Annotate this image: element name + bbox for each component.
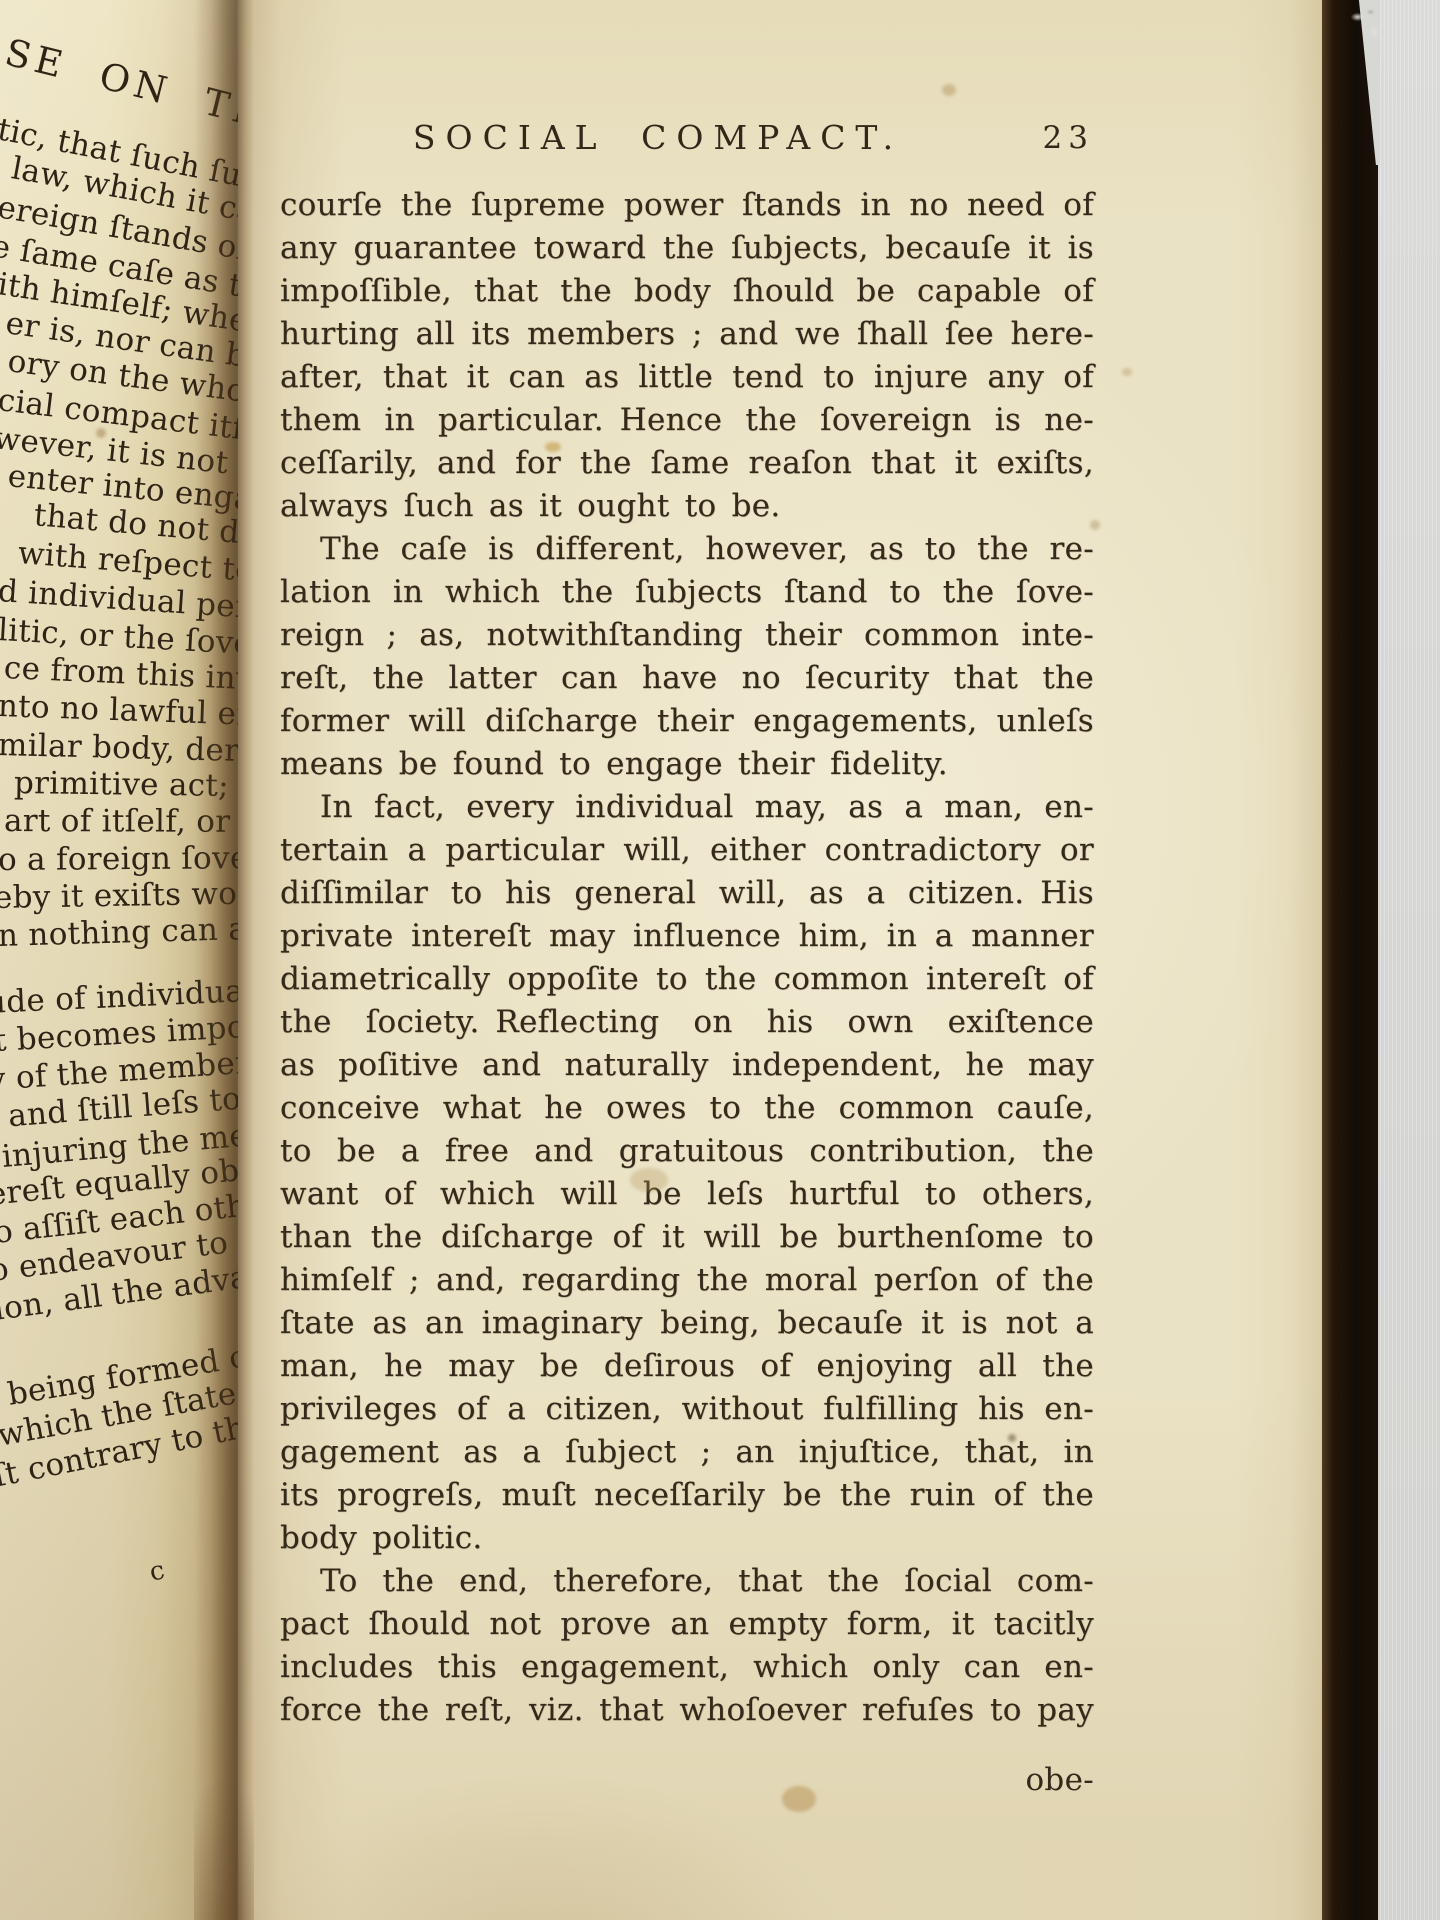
body-text-line: conceive what he owes to the common cauſ… [280, 1087, 1094, 1130]
stain [942, 84, 956, 96]
right-page-header: SOCIAL COMPACT. 23 [280, 118, 1094, 166]
body-text-line: force the reſt, viz. that whoſoever refu… [280, 1689, 1094, 1732]
body-text-line: privileges of a citizen, without fulfill… [280, 1388, 1094, 1431]
body-text-line: impoſſible, that the body ſhould be capa… [280, 270, 1094, 313]
right-page-running-title: SOCIAL COMPACT. [280, 118, 1094, 157]
left-page-text: tic, that ſuch ſuplaw, which it caereign… [0, 0, 238, 1920]
body-text-line: lation in which the ſubjects ſtand to th… [280, 571, 1094, 614]
body-text-line: tertain a particular will, either contra… [280, 829, 1094, 872]
left-page-text-line: art of itſelf, or of [4, 804, 238, 839]
body-text-line: diſſimilar to his general will, as a cit… [280, 872, 1094, 915]
body-text-line: body politic. [280, 1517, 1094, 1560]
body-text-line: always ſuch as it ought to be. [280, 485, 1094, 528]
body-text-line: want of which will be leſs hurtful to ot… [280, 1173, 1094, 1216]
right-page: SOCIAL COMPACT. 23 courſe the ſupreme po… [238, 0, 1322, 1920]
body-text-line: ſtate as an imaginary being, becauſe it … [280, 1302, 1094, 1345]
left-page-text-line: eby it exiſts would [0, 876, 238, 915]
body-text-line: The caſe is different, however, as to th… [280, 528, 1094, 571]
body-text-line: to be a free and gratuitous contribution… [280, 1130, 1094, 1173]
left-page-text-line: c [146, 1553, 168, 1589]
page-number: 23 [1043, 120, 1094, 156]
body-text-line: diametrically oppoſite to the common int… [280, 958, 1094, 1001]
body-text-line: the ſociety. Reflecting on his own exiſt… [280, 1001, 1094, 1044]
body-text-line: its progreſs, muſt neceſſarily be the ru… [280, 1474, 1094, 1517]
book-photo: SE ON THE tic, that ſuch ſuplaw, which i… [0, 0, 1440, 1920]
body-text-line: man, he may be deſirous of enjoying all … [280, 1345, 1094, 1388]
body-text-line: courſe the ſupreme power ſtands in no ne… [280, 184, 1094, 227]
body-text-line: private intereſt may influence him, in a… [280, 915, 1094, 958]
body-text-line: ceſſarily, and for the ſame reaſon that … [280, 442, 1094, 485]
dust-fuzz [1342, 2, 1394, 52]
right-page-body-text: courſe the ſupreme power ſtands in no ne… [280, 184, 1094, 1732]
body-text-line: means be found to engage their fidelity. [280, 743, 1094, 786]
body-text-line: any guarantee toward the ſubjects, becau… [280, 227, 1094, 270]
body-text-line: as poſitive and naturally independent, h… [280, 1044, 1094, 1087]
body-text-line: than the diſcharge of it will be burthen… [280, 1216, 1094, 1259]
left-page-text-line: n nothing can ariſe [0, 910, 238, 952]
left-page-text-line: o a foreign ſovere [0, 841, 238, 877]
body-text-line: In fact, every individual may, as a man,… [280, 786, 1094, 829]
body-text-line: reſt, the latter can have no ſecurity th… [280, 657, 1094, 700]
body-text-line: former will diſcharge their engagements,… [280, 700, 1094, 743]
left-page-text-line: primitive act; ſu [14, 766, 238, 804]
book-cover-edge [1322, 0, 1378, 1920]
catchword: obe- [280, 1762, 1094, 1798]
left-page-text-line: milar body, derog [0, 728, 238, 769]
body-text-line: himſelf ; and, regarding the moral perſo… [280, 1259, 1094, 1302]
stain [1122, 368, 1132, 376]
body-text-line: after, that it can as little tend to inj… [280, 356, 1094, 399]
body-text-line: gagement as a ſubject ; an injuſtice, th… [280, 1431, 1094, 1474]
left-page-text-line: nto no lawful eng [0, 689, 238, 733]
body-text-line: them in particular. Hence the ſovereign … [280, 399, 1094, 442]
left-page: SE ON THE tic, that ſuch ſuplaw, which i… [0, 0, 238, 1920]
body-text-line: reign ; as, notwithſtanding their common… [280, 614, 1094, 657]
body-text-line: To the end, therefore, that the ſocial c… [280, 1560, 1094, 1603]
body-text-line: hurting all its members ; and we ſhall ſ… [280, 313, 1094, 356]
body-text-line: pact ſhould not prove an empty form, it … [280, 1603, 1094, 1646]
body-text-line: includes this engagement, which only can… [280, 1646, 1094, 1689]
